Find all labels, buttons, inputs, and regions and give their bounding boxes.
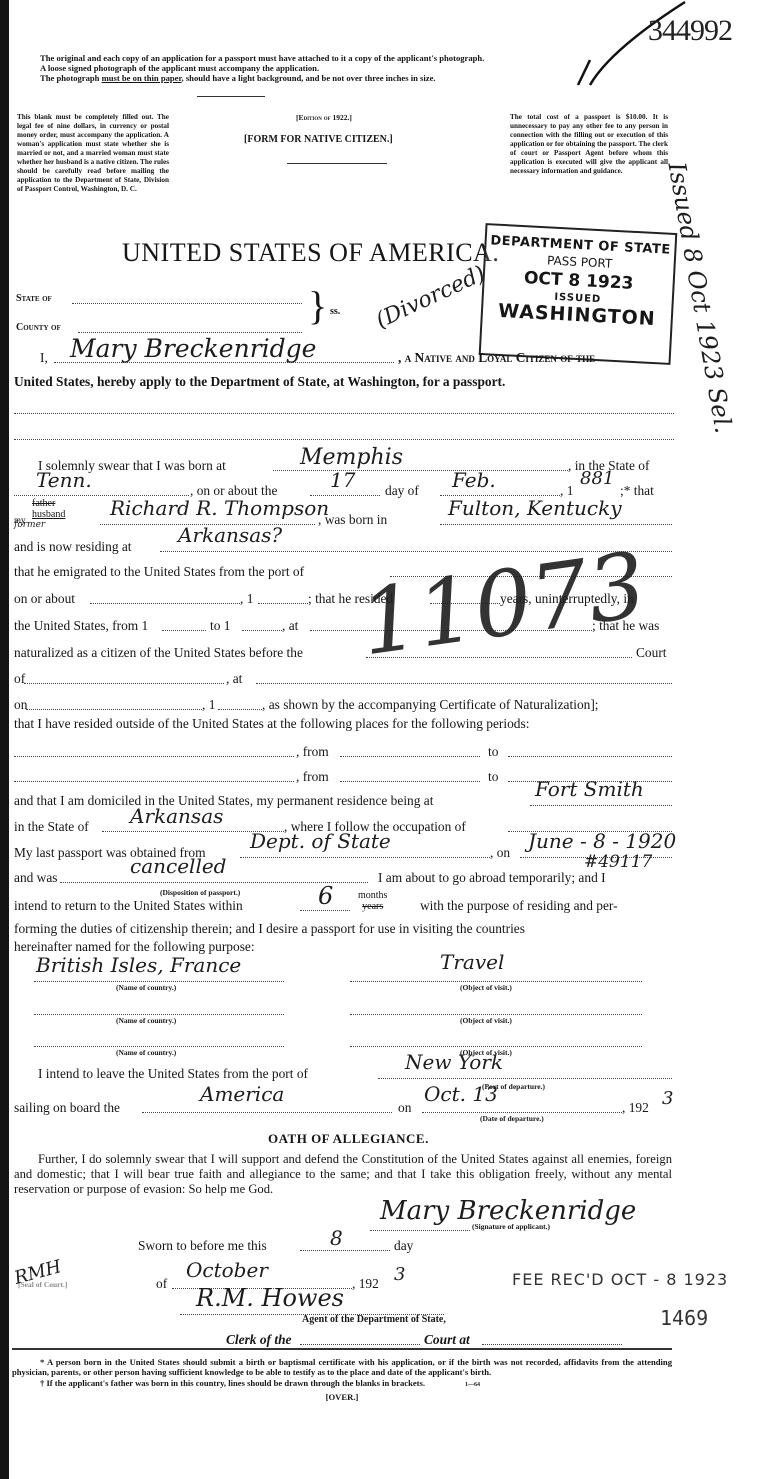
blank-line[interactable] bbox=[14, 427, 674, 440]
signature-caption: (Signature of applicant.) bbox=[472, 1222, 550, 1231]
country-caption: (Name of country.) bbox=[116, 1016, 176, 1025]
and-was-label: and was bbox=[14, 870, 58, 886]
state-of-field[interactable] bbox=[72, 291, 302, 304]
passport-issued-stamp: DEPARTMENT OF STATE PASS PORT OCT 8 1923… bbox=[479, 223, 678, 365]
emigrated-date-field[interactable] bbox=[90, 591, 240, 604]
emigrated-year-field[interactable] bbox=[258, 591, 308, 604]
naturalized-date-field[interactable] bbox=[26, 697, 202, 710]
sworn-year-value: 3 bbox=[394, 1264, 405, 1285]
object-caption: (Object of visit.) bbox=[460, 983, 512, 992]
birth-year-value: 881 bbox=[580, 468, 614, 489]
clerk-label: Clerk of the bbox=[226, 1332, 291, 1348]
relation-birthplace-value: Fulton, Kentucky bbox=[448, 496, 622, 520]
line3-prefix: The photograph bbox=[40, 73, 102, 83]
divider bbox=[287, 163, 387, 164]
last-passport-number: #49117 bbox=[584, 852, 652, 872]
year-label: , 1 bbox=[202, 697, 215, 713]
divider bbox=[12, 1348, 672, 1350]
sailing-label: sailing on board the bbox=[14, 1100, 120, 1116]
unit-option-years[interactable]: years bbox=[358, 901, 387, 912]
naturalized-year-field[interactable] bbox=[218, 697, 262, 710]
court-at-field[interactable] bbox=[256, 671, 672, 684]
abroad-label: I am about to go abroad temporarily; and… bbox=[378, 870, 606, 886]
on-about-label: on or about bbox=[14, 591, 75, 607]
forming-duties-label: forming the duties of citizenship therei… bbox=[14, 921, 525, 937]
abroad-to-field[interactable] bbox=[508, 744, 672, 757]
sworn-month-value: October bbox=[186, 1258, 268, 1282]
year-label: , 1 bbox=[240, 591, 253, 607]
from-label: , from bbox=[296, 744, 329, 760]
divider bbox=[197, 96, 265, 97]
purpose-label: with the purpose of residing and per- bbox=[420, 898, 618, 914]
date-caption: (Date of departure.) bbox=[480, 1114, 544, 1123]
residence-abroad-intro: that I have resided outside of the Unite… bbox=[14, 716, 529, 732]
sworn-label: Sworn to before me this bbox=[138, 1238, 267, 1254]
fee-number: 1469 bbox=[660, 1306, 708, 1330]
form-code: 1—64 bbox=[465, 1382, 480, 1388]
photo-notice-line3: The photograph must be on thin paper, sh… bbox=[40, 73, 484, 83]
abroad-from-field[interactable] bbox=[340, 744, 480, 757]
object-field[interactable] bbox=[350, 1034, 642, 1047]
birth-month-value: Feb. bbox=[452, 468, 496, 492]
on-label: , on bbox=[490, 845, 510, 861]
form-type: [FORM FOR NATIVE CITIZEN.] bbox=[244, 134, 393, 145]
domicile-state-label: in the State of bbox=[14, 819, 89, 835]
agent-caption: Agent of the Department of State, bbox=[302, 1312, 446, 1328]
certificate-label: , as shown by the accompanying Certifica… bbox=[262, 697, 599, 713]
to-label: to 1 bbox=[210, 618, 230, 634]
year-label: , 192 bbox=[622, 1100, 649, 1116]
day-of-label: day of bbox=[385, 483, 419, 499]
sworn-day-value: 8 bbox=[330, 1226, 343, 1250]
photo-notice-line2: A loose signed photograph of the applica… bbox=[40, 63, 484, 73]
applicant-intro: I, bbox=[40, 350, 48, 366]
edition-label: [Edition of 1922.] bbox=[296, 113, 352, 122]
to-label: to bbox=[488, 744, 498, 760]
leave-port-label: I intend to leave the United States from… bbox=[38, 1066, 308, 1082]
departure-year-value: 3 bbox=[662, 1088, 673, 1109]
relation-note: former bbox=[14, 520, 45, 530]
line3-suffix: , should have a light background, and be… bbox=[182, 73, 436, 83]
of-label: of bbox=[156, 1276, 167, 1292]
court-at-label: Court at bbox=[424, 1332, 470, 1348]
serial-number: 344992 bbox=[648, 14, 732, 48]
last-passport-date-value: June - 8 - 1920 bbox=[528, 829, 676, 853]
birth-day-value: 17 bbox=[330, 468, 355, 492]
relation-name-value: Richard R. Thompson bbox=[110, 496, 329, 520]
divorced-annotation: (Divorced) bbox=[372, 261, 489, 333]
abroad-from-field[interactable] bbox=[340, 769, 480, 782]
blank-line[interactable] bbox=[14, 401, 674, 414]
born-in-label: , was born in bbox=[318, 512, 387, 528]
relation-residence-value: Arkansas? bbox=[178, 523, 282, 547]
court-of-field[interactable] bbox=[24, 671, 224, 684]
abroad-place-field[interactable] bbox=[14, 769, 294, 782]
over-label: [OVER.] bbox=[12, 1392, 672, 1402]
country-field[interactable] bbox=[34, 1002, 284, 1015]
emigrated-label: that he emigrated to the United States f… bbox=[14, 564, 304, 580]
footnote-father: † If the applicant's father was born in … bbox=[12, 1378, 672, 1390]
from-label: the United States, from 1 bbox=[14, 618, 148, 634]
court-label: Court bbox=[636, 645, 667, 661]
seal-label: [Seal of Court.] bbox=[18, 1280, 67, 1289]
footnote-father-text: † If the applicant's father was born in … bbox=[40, 1378, 425, 1388]
county-of-label: County of bbox=[16, 320, 61, 336]
country-value: British Isles, France bbox=[36, 953, 241, 977]
domicile-state-value: Arkansas bbox=[130, 804, 223, 828]
venue-bracket: } bbox=[308, 286, 327, 326]
birth-state-value: Tenn. bbox=[36, 468, 92, 492]
clerk-court-at-field[interactable] bbox=[482, 1332, 622, 1345]
page-title: UNITED STATES OF AMERICA. bbox=[122, 238, 499, 268]
at-label: , at bbox=[226, 671, 242, 687]
on-label: on bbox=[398, 1100, 411, 1116]
object-value: Travel bbox=[440, 950, 504, 974]
oath-text: Further, I do solemnly swear that I will… bbox=[14, 1152, 672, 1197]
footnote-birth-certificate: * A person born in the United States sho… bbox=[12, 1357, 672, 1377]
object-field[interactable] bbox=[350, 1002, 642, 1015]
object-caption: (Object of visit.) bbox=[460, 1016, 512, 1025]
domicile-label: and that I am domiciled in the United St… bbox=[14, 793, 433, 809]
departure-date-value: Oct. 13 bbox=[424, 1082, 498, 1106]
year-label: , 192 bbox=[352, 1276, 379, 1292]
relation-option-husband[interactable]: husband bbox=[32, 509, 65, 520]
departure-port-value: New York bbox=[405, 1050, 503, 1074]
ss-label: ss. bbox=[330, 304, 340, 320]
agent-signature: R.M. Howes bbox=[196, 1284, 344, 1312]
return-within-value: 6 bbox=[318, 882, 333, 910]
at-label: , at bbox=[282, 618, 298, 634]
native-citizen-label: , a Native and Loyal Citizen of the bbox=[398, 350, 595, 366]
disposition-value: cancelled bbox=[130, 854, 226, 878]
last-passport-from-value: Dept. of State bbox=[250, 829, 391, 853]
oath-title: OATH OF ALLEGIANCE. bbox=[268, 1131, 429, 1147]
disposition-caption: (Disposition of passport.) bbox=[160, 888, 240, 897]
applicant-name: Mary Breckenridge bbox=[70, 334, 316, 363]
sworn-day-field[interactable] bbox=[300, 1238, 390, 1251]
line3-underlined: must be on thin paper bbox=[102, 73, 182, 83]
fee-received-stamp: FEE REC'D OCT - 8 1923 bbox=[512, 1270, 728, 1289]
photo-notice: The original and each copy of an applica… bbox=[40, 53, 484, 83]
day-label: day bbox=[394, 1238, 413, 1254]
to-label: to bbox=[488, 769, 498, 785]
return-label: intend to return to the United States wi… bbox=[14, 898, 243, 914]
state-of-label: State of bbox=[16, 291, 52, 307]
unit-option-months[interactable]: months bbox=[358, 890, 387, 901]
county-of-field[interactable] bbox=[78, 320, 302, 333]
relation-options: father husband bbox=[32, 498, 65, 520]
born-at-value: Memphis bbox=[300, 445, 403, 470]
country-field[interactable] bbox=[34, 1034, 284, 1047]
naturalized-label: naturalized as a citizen of the United S… bbox=[14, 645, 303, 661]
that-label: ;* that bbox=[620, 483, 654, 499]
to-year-field[interactable] bbox=[242, 618, 282, 631]
instructions-note: This blank must be completely filled out… bbox=[17, 113, 169, 194]
footnotes: * A person born in the United States sho… bbox=[12, 1357, 672, 1402]
from-year-field[interactable] bbox=[162, 618, 206, 631]
unit-options: months years bbox=[358, 890, 387, 912]
cost-note: The total cost of a passport is $10.00. … bbox=[510, 113, 668, 176]
from-label: , from bbox=[296, 769, 329, 785]
residing-label: and is now residing at bbox=[14, 539, 132, 555]
photo-notice-line1: The original and each copy of an applica… bbox=[40, 53, 484, 63]
abroad-place-field[interactable] bbox=[14, 744, 294, 757]
country-caption: (Name of country.) bbox=[116, 983, 176, 992]
clerk-court-field[interactable] bbox=[300, 1332, 420, 1345]
country-caption: (Name of country.) bbox=[116, 1048, 176, 1057]
relation-option-father[interactable]: father bbox=[32, 498, 65, 509]
scan-edge bbox=[0, 0, 9, 1479]
ship-value: America bbox=[200, 1082, 284, 1106]
apply-statement: United States, hereby apply to the Depar… bbox=[14, 374, 505, 390]
residence-value: Fort Smith bbox=[535, 777, 644, 801]
